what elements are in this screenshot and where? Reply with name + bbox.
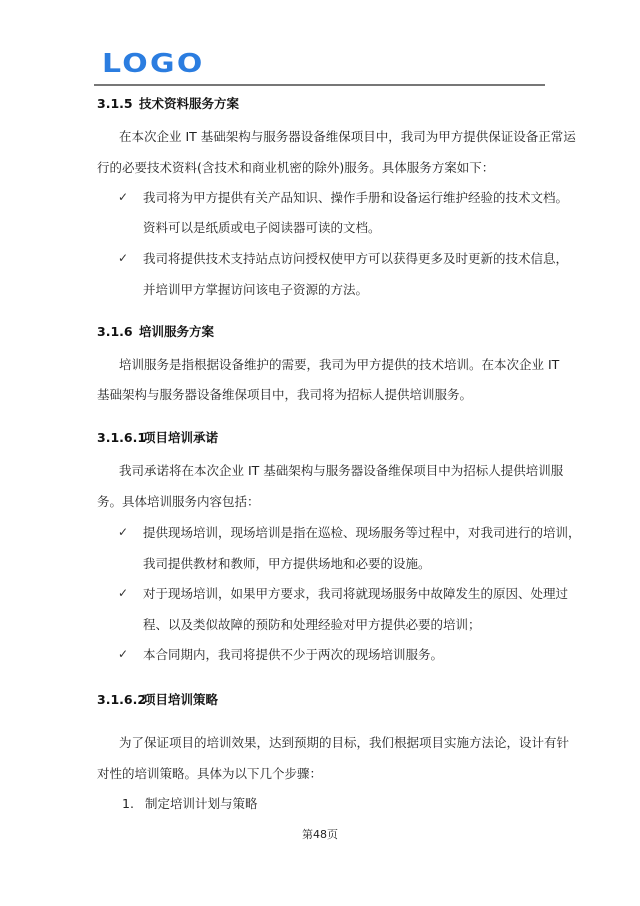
paragraph-line: 为了保证项目的培训效果，达到预期的目标，我们根据项目实施方法论，设计有针	[119, 735, 571, 751]
section-number: 3.1.5	[97, 96, 139, 112]
page-number: 第48页	[0, 826, 640, 842]
paragraph-line: 培训服务是指根据设备维护的需要，我司为甲方提供的技术培训。在本次企业 IT	[119, 357, 571, 373]
section-number: 3.1.6.2	[97, 692, 143, 708]
paragraph-line: 基础架构与服务器设备维保项目中，我司将为招标人提供培训服务。	[97, 387, 549, 403]
section-title: 项目培训承诺	[143, 430, 218, 445]
check-icon: ✓	[118, 250, 128, 266]
bullet-text: 我司将为甲方提供有关产品知识、操作手册和设备运行维护经验的技术文档。	[143, 190, 568, 206]
bullet-text: 资料可以是纸质或电子阅读器可读的文档。	[143, 220, 381, 236]
list-number: 1.	[122, 796, 134, 812]
bullet-text: 提供现场培训，现场培训是指在巡检、现场服务等过程中，对我司进行的培训，	[143, 525, 581, 541]
bullet-text: 并培训甲方掌握访问该电子资源的方法。	[143, 282, 368, 298]
header-divider	[94, 84, 545, 86]
paragraph-line: 行的必要技术资料(含技术和商业机密的除外)服务。具体服务方案如下：	[97, 160, 549, 176]
list-item-text: 制定培训计划与策略	[145, 796, 258, 812]
bullet-text: 对于现场培训，如果甲方要求，我司将就现场服务中故障发生的原因、处理过	[143, 586, 568, 602]
section-number: 3.1.6	[97, 324, 139, 340]
section-heading-3-1-6-2: 3.1.6.2项目培训策略	[97, 692, 218, 708]
bullet-text: 我司提供教材和教师，甲方提供场地和必要的设施。	[143, 556, 431, 572]
bullet-text: 我司将提供技术支持站点访问授权使甲方可以获得更多及时更新的技术信息，	[143, 251, 568, 267]
section-heading-3-1-6-1: 3.1.6.1项目培训承诺	[97, 430, 218, 446]
check-icon: ✓	[118, 189, 128, 205]
section-heading-3-1-5: 3.1.5技术资料服务方案	[97, 96, 239, 112]
bullet-text: 程、以及类似故障的预防和处理经验对甲方提供必要的培训；	[143, 617, 481, 633]
section-title: 项目培训策略	[143, 692, 218, 707]
section-heading-3-1-6: 3.1.6培训服务方案	[97, 324, 214, 340]
paragraph-line: 对性的培训策略。具体为以下几个步骤：	[97, 766, 549, 782]
check-icon: ✓	[118, 585, 128, 601]
section-title: 培训服务方案	[139, 324, 214, 339]
bullet-text: 本合同期内，我司将提供不少于两次的现场培训服务。	[143, 647, 443, 663]
paragraph-line: 我司承诺将在本次企业 IT 基础架构与服务器设备维保项目中为招标人提供培训服	[119, 463, 571, 479]
section-number: 3.1.6.1	[97, 430, 143, 446]
section-title: 技术资料服务方案	[139, 96, 239, 111]
check-icon: ✓	[118, 646, 128, 662]
paragraph-line: 在本次企业 IT 基础架构与服务器设备维保项目中，我司为甲方提供保证设备正常运	[119, 129, 571, 145]
logo: LOGO	[102, 50, 205, 78]
check-icon: ✓	[118, 524, 128, 540]
paragraph-line: 务。具体培训服务内容包括：	[97, 494, 549, 510]
